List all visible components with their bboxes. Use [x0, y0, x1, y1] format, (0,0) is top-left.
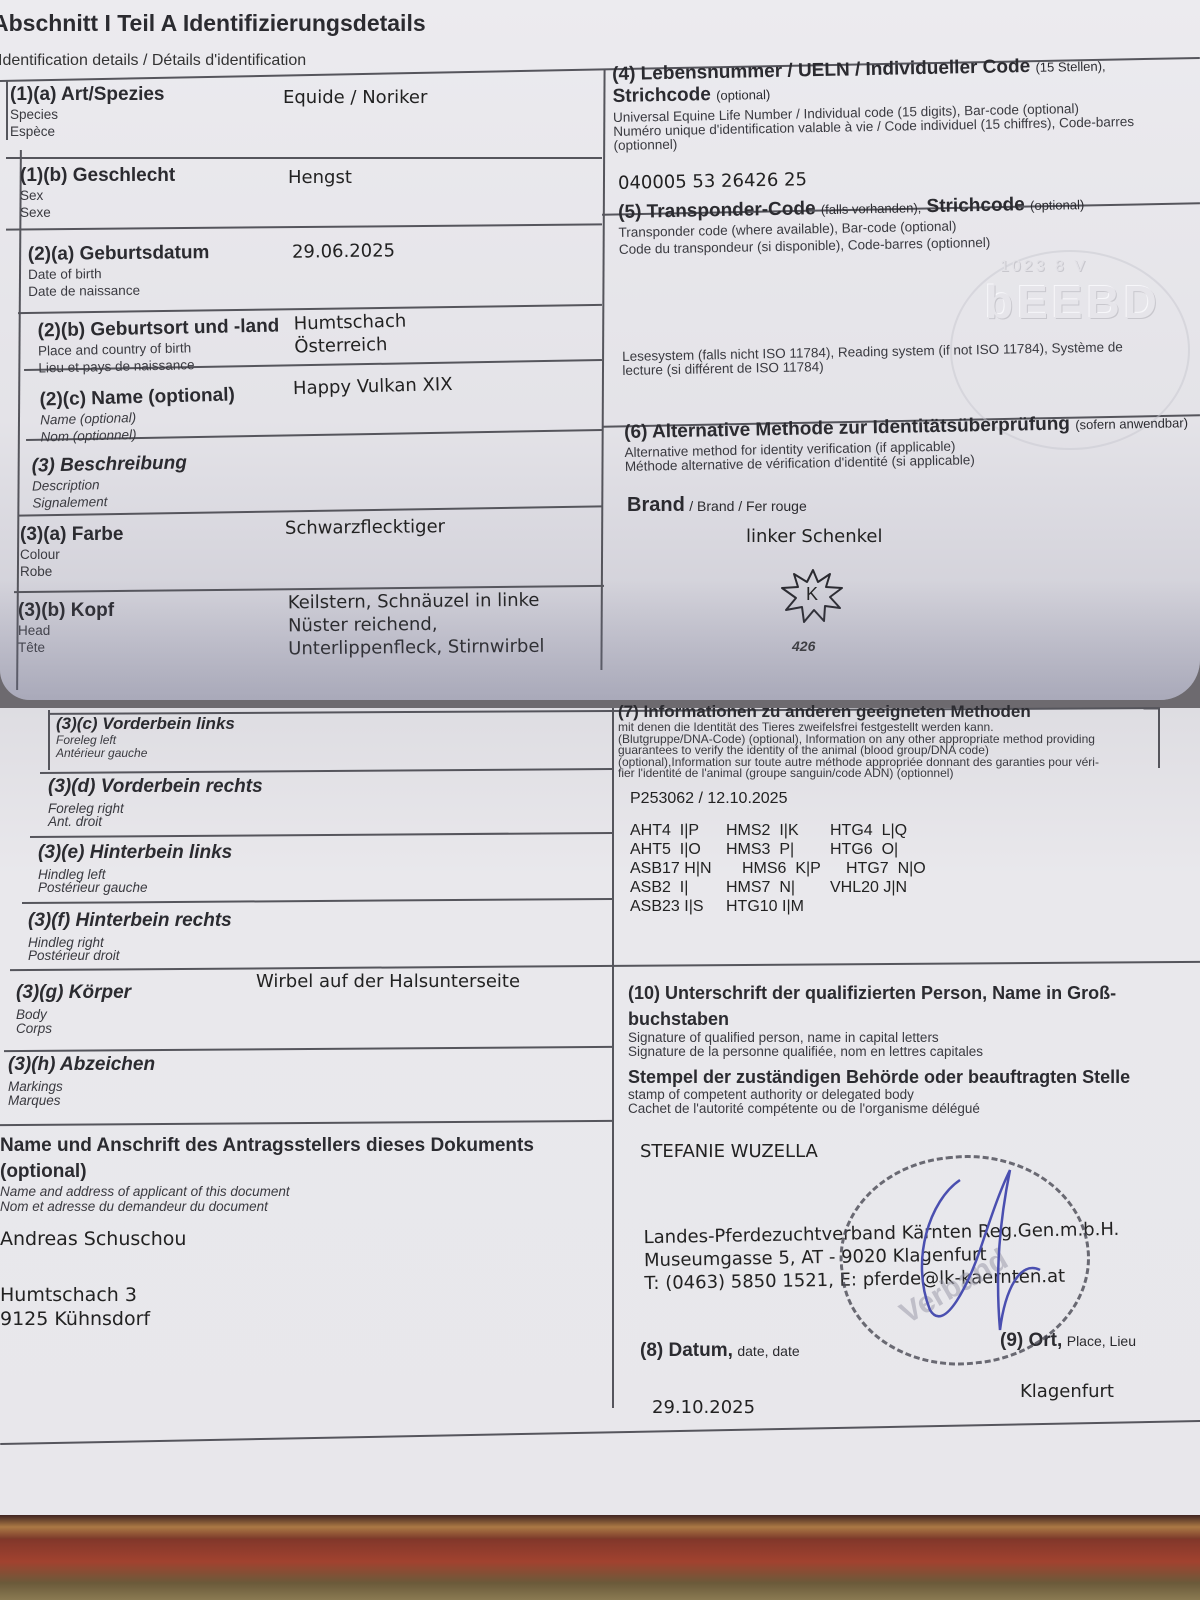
field-label: (3)(h) Abzeichen: [8, 1054, 155, 1076]
field-foreleg-right: (3)(d) Vorderbein rechts Foreleg right A…: [48, 776, 263, 828]
signature-label: (10) Unterschrift der qualifizierten Per…: [628, 980, 1130, 1007]
divider: [6, 157, 602, 159]
field-label: (3)(c) Vorderbein links: [56, 714, 235, 734]
body-value: Wirbel auf der Halsunterseite: [256, 970, 520, 993]
field-label-fr: Corps: [16, 1022, 131, 1036]
field-hindleg-left: (3)(e) Hinterbein links Hindleg left Pos…: [38, 842, 232, 894]
dna-marker: HMS6 K|P: [742, 860, 821, 878]
species-value: Equide / Noriker: [283, 86, 427, 109]
divider: [48, 710, 50, 770]
brand-mark-icon: K: [778, 566, 848, 626]
field-label: (2)(a) Geburtsdatum: [28, 242, 210, 266]
field-label: (3)(e) Hinterbein links: [38, 842, 232, 864]
place-note: Place, Lieu: [1067, 1333, 1136, 1349]
dna-marker: ASB23 I|S: [630, 898, 704, 916]
field-label: (3)(d) Vorderbein rechts: [48, 776, 263, 798]
field-birth-place: (2)(b) Geburtsort und -land Place and co…: [37, 315, 280, 376]
field-label-en: Sex: [20, 187, 175, 204]
dna-marker: HMS7 N|: [726, 879, 795, 897]
section-subtitle: Identification details / Détails d'ident…: [0, 52, 306, 70]
field-body: (3)(g) Körper Body Corps: [16, 982, 131, 1036]
field-label: (3) Beschreibung: [31, 452, 187, 477]
dna-marker: ASB2 I|: [630, 879, 688, 897]
sex-value: Hengst: [288, 166, 352, 189]
field-species: (1)(a) Art/Spezies Species Espèce: [10, 84, 165, 140]
divider: [1158, 708, 1160, 768]
field-label-fr: Robe: [20, 563, 123, 580]
applicant-label: Name und Anschrift des Antragsstellers d…: [0, 1132, 534, 1160]
divider: [6, 223, 602, 230]
place-value: Klagenfurt: [1020, 1380, 1114, 1403]
book-binding: [0, 1515, 1200, 1600]
birth-place-country: Österreich: [294, 333, 407, 359]
field-transponder: (5) Transponder-Code (falls vorhanden), …: [618, 193, 1085, 257]
signature-en: Signature of qualified person, name in c…: [628, 1031, 1130, 1045]
signature-fr: Signature de la personne qualifiée, nom …: [628, 1045, 1130, 1059]
field-sex: (1)(b) Geschlecht Sex Sexe: [20, 165, 175, 221]
divider: [4, 1046, 612, 1052]
field-description: (3) Beschreibung Description Signalement: [31, 452, 187, 511]
date-heading: (8) Datum, date, date: [640, 1340, 800, 1362]
field-hindleg-right: (3)(f) Hinterbein rechts Hindleg right P…: [28, 910, 232, 962]
field-ueln: (4) Lebensnummer / UELN / Individueller …: [612, 54, 1134, 153]
brand-location: linker Schenkel: [746, 525, 882, 548]
applicant-name: Andreas Schuschou: [0, 1228, 186, 1251]
field-other-methods: (7) Informationen zu anderen geeigneten …: [618, 702, 1099, 780]
field-alt-method: (6) Alternative Methode zur Identitätsüb…: [624, 411, 1189, 474]
birth-place-city: Humtschach: [293, 310, 406, 336]
transponder-label: (5) Transponder-Code: [618, 198, 816, 223]
applicant-street: Humtschach 3: [0, 1284, 137, 1307]
applicant-city: 9125 Kühnsdorf: [0, 1308, 150, 1331]
ueln-value: 040005 53 26426 25: [618, 168, 807, 195]
field-label-en: Colour: [20, 546, 123, 563]
passport-page-top: Abschnitt I Teil A Identifizierungsdetai…: [0, 0, 1200, 700]
applicant-fr: Nom et adresse du demandeur du document: [0, 1199, 534, 1214]
field-birth-date: (2)(a) Geburtsdatum Date of birth Date d…: [28, 242, 210, 300]
other-methods-label: (7) Informationen zu anderen geeigneten …: [618, 702, 1099, 722]
field-label: (3)(f) Hinterbein rechts: [28, 910, 232, 932]
field-label-en: Markings: [8, 1080, 155, 1094]
column-divider: [600, 70, 605, 670]
emboss-seal-text: bEEBD: [985, 275, 1161, 329]
field-label-en: Body: [16, 1008, 131, 1022]
field-label: (1)(b) Geschlecht: [20, 165, 175, 187]
dna-marker: HTG7 N|O: [846, 860, 926, 878]
field-label-fr: Antérieur gauche: [56, 747, 235, 760]
horse-name-value: Happy Vulkan XIX: [293, 373, 453, 400]
field-label-fr: Date de naissance: [28, 281, 210, 300]
dna-marker: HMS2 I|K: [726, 822, 799, 840]
brand-note: / Brand / Fer rouge: [689, 498, 807, 514]
applicant-en: Name and address of applicant of this do…: [0, 1184, 534, 1199]
field-foreleg-left: (3)(c) Vorderbein links Foreleg left Ant…: [56, 714, 235, 760]
qualified-person-name: STEFANIE WUZELLA: [640, 1140, 818, 1163]
field-label: (3)(g) Körper: [16, 982, 131, 1004]
divider: [30, 832, 612, 838]
signature-label2: buchstaben: [628, 1007, 1130, 1031]
brand-number: 426: [792, 638, 815, 654]
head-line: Nüster reichend,: [288, 612, 544, 638]
brand-label: Brand: [627, 494, 685, 516]
field-label-fr: Lieu et pays de naissance: [38, 354, 280, 376]
field-label-fr: Espèce: [10, 123, 165, 140]
divider: [10, 961, 1200, 971]
dna-marker: AHT5 I|O: [630, 841, 701, 859]
colour-value: Schwarzflecktiger: [285, 515, 445, 540]
field-name: (2)(c) Name (optional) Name (optional) N…: [39, 384, 236, 445]
alt-method-note: (sofern anwendbar): [1075, 415, 1188, 432]
passport-page-bottom: (3)(c) Vorderbein links Foreleg left Ant…: [0, 708, 1200, 1550]
field-colour: (3)(a) Farbe Colour Robe: [20, 524, 123, 580]
section-title: Abschnitt I Teil A Identifizierungsdetai…: [0, 10, 426, 37]
barcode-label: Strichcode: [926, 194, 1025, 217]
barcode-note: (optional): [716, 87, 770, 103]
field-label-fr: Signalement: [32, 491, 188, 511]
head-value: Keilstern, Schnäuzel in linke Nüster rei…: [288, 589, 545, 661]
dna-marker: HMS3 P|: [726, 841, 794, 859]
field-signature: (10) Unterschrift der qualifizierten Per…: [628, 980, 1130, 1116]
other-methods-desc: fier l'identité de l'animal (groupe sang…: [618, 768, 1099, 780]
head-line: Keilstern, Schnäuzel in linke: [288, 589, 544, 615]
ueln-note: (15 Stellen),: [1035, 59, 1105, 75]
dna-marker: AHT4 I|P: [630, 822, 699, 840]
divider: [0, 1120, 612, 1126]
brand-letter: K: [806, 584, 818, 605]
field-label-fr: Marques: [8, 1094, 155, 1108]
date-value: 29.10.2025: [652, 1396, 755, 1419]
field-label-fr: Postérieur droit: [28, 949, 232, 962]
dna-marker: HTG4 L|Q: [830, 822, 907, 840]
brand-heading: Brand / Brand / Fer rouge: [627, 494, 807, 517]
divider: [6, 80, 8, 140]
birth-place-value: Humtschach Österreich: [293, 310, 407, 359]
dna-marker: VHL20 J|N: [830, 879, 907, 897]
stamp-fr: Cachet de l'autorité compétente ou de l'…: [628, 1102, 1130, 1116]
date-note: date, date: [737, 1343, 799, 1359]
field-label-fr: Postérieur gauche: [38, 881, 232, 894]
field-label-en: Head: [18, 622, 114, 639]
date-label: (8) Datum,: [640, 1340, 733, 1361]
barcode-note: (optional): [1030, 197, 1084, 213]
column-divider: [612, 708, 614, 1408]
divider: [40, 768, 612, 773]
divider: [0, 1420, 1200, 1445]
dna-marker: HTG10 I|M: [726, 898, 804, 916]
dna-reference: P253062 / 12.10.2025: [630, 790, 787, 808]
stamp-en: stamp of competent authority or delegate…: [628, 1088, 1130, 1102]
emboss-seal-text: 1023 8 V: [1000, 258, 1088, 276]
stamp-label: Stempel der zuständigen Behörde oder bea…: [628, 1067, 1130, 1088]
transponder-note: (falls vorhanden),: [821, 200, 922, 217]
field-label: (3)(a) Farbe: [20, 524, 123, 546]
field-label-en: Species: [10, 106, 165, 123]
field-head: (3)(b) Kopf Head Tête: [18, 600, 114, 656]
signature-icon: [900, 1160, 1050, 1340]
field-label: (1)(a) Art/Spezies: [10, 84, 165, 106]
field-label-fr: Ant. droit: [48, 815, 263, 828]
dna-marker: HTG6 O|: [830, 841, 898, 859]
barcode-label: Strichcode: [612, 84, 711, 107]
field-label-fr: Tête: [18, 639, 114, 656]
head-line: Unterlippenfleck, Stirnwirbel: [288, 635, 544, 661]
field-applicant: Name und Anschrift des Antragsstellers d…: [0, 1132, 534, 1214]
divider: [22, 898, 612, 904]
applicant-optional: (optional): [0, 1160, 534, 1184]
field-markings: (3)(h) Abzeichen Markings Marques: [8, 1054, 155, 1108]
field-label: (3)(b) Kopf: [18, 600, 114, 622]
field-label-fr: Sexe: [20, 204, 175, 221]
birth-date-value: 29.06.2025: [292, 239, 395, 263]
dna-marker: ASB17 H|N: [630, 860, 712, 878]
field-label-en: Date of birth: [28, 264, 210, 283]
